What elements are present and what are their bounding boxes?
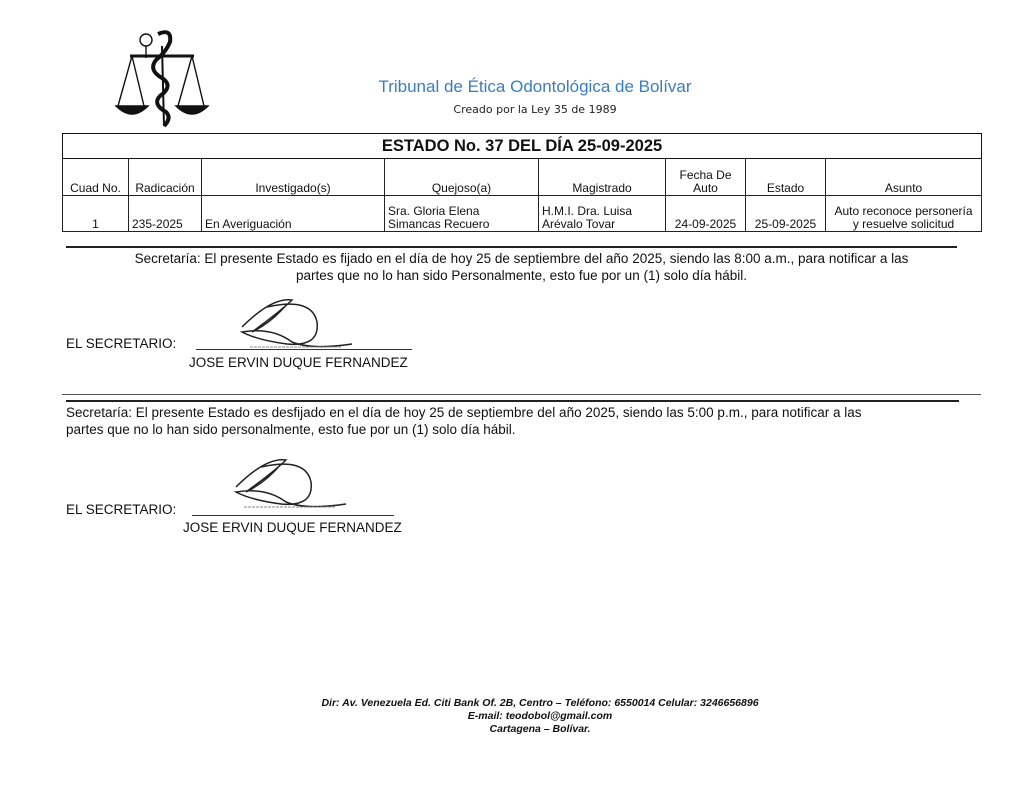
signature-line (192, 515, 394, 516)
quejoso-line1: Sra. Gloria Elena (388, 204, 479, 218)
table-row: 1 235-2025 En Averiguación Sra. Gloria E… (63, 196, 982, 232)
desfijacion-line1: Secretaría: El presente Estado es desfij… (66, 405, 862, 420)
cell-investigado: En Averiguación (202, 196, 385, 232)
footer-city: Cartagena – Bolívar. (200, 723, 880, 736)
cell-magistrado: H.M.I. Dra. LuisaArévalo Tovar (539, 196, 666, 232)
signature-icon (212, 292, 362, 357)
secretary-name: JOSE ERVIN DUQUE FERNANDEZ (189, 355, 408, 370)
magistrado-line1: H.M.I. Dra. Luisa (542, 204, 632, 218)
org-name: Tribunal de Ética Odontológica de Bolíva… (300, 77, 770, 97)
scales-caduceus-logo-icon (112, 26, 212, 130)
estado-table: ESTADO No. 37 DEL DÍA 25-09-2025 Cuad No… (62, 133, 982, 232)
magistrado-line2: Arévalo Tovar (542, 217, 615, 231)
signature-icon (206, 452, 356, 517)
cell-cuad: 1 (63, 196, 129, 232)
table-header-row: Cuad No. Radicación Investigado(s) Quejo… (63, 159, 982, 196)
col-header-fecha-line2: Auto (693, 181, 718, 195)
secretary-name: JOSE ERVIN DUQUE FERNANDEZ (183, 520, 402, 535)
desfijacion-line2: partes que no lo han sido personalmente,… (66, 422, 516, 437)
col-header-estado: Estado (746, 159, 826, 196)
fijacion-line1: Secretaría: El presente Estado es fijado… (135, 251, 909, 266)
col-header-asunto: Asunto (826, 159, 982, 196)
desfijacion-text: Secretaría: El presente Estado es desfij… (66, 404, 981, 438)
cell-quejoso: Sra. Gloria ElenaSimancas Recuero (385, 196, 539, 232)
fijacion-line2: partes que no lo han sido Personalmente,… (296, 268, 747, 283)
cell-radicacion: 235-2025 (129, 196, 202, 232)
fijacion-text: Secretaría: El presente Estado es fijado… (62, 250, 981, 284)
cell-asunto: Auto reconoce personeríay resuelve solic… (826, 196, 982, 232)
divider (66, 246, 957, 248)
col-header-fecha-line1: Fecha De (679, 168, 731, 182)
col-header-investigado: Investigado(s) (202, 159, 385, 196)
footer-address: Dir: Av. Venezuela Ed. Citi Bank Of. 2B,… (200, 697, 880, 710)
asunto-line1: Auto reconoce personería (834, 204, 972, 218)
divider (66, 400, 959, 402)
divider (62, 394, 981, 395)
signature-line (196, 349, 412, 350)
sign-label: EL SECRETARIO: (66, 502, 176, 517)
col-header-quejoso: Quejoso(a) (385, 159, 539, 196)
sign-label: EL SECRETARIO: (66, 336, 176, 351)
cell-fecha-auto: 24-09-2025 (666, 196, 746, 232)
org-subtitle: Creado por la Ley 35 de 1989 (300, 103, 770, 116)
footer: Dir: Av. Venezuela Ed. Citi Bank Of. 2B,… (200, 697, 880, 736)
col-header-cuad: Cuad No. (63, 159, 129, 196)
asunto-line2: y resuelve solicitud (853, 217, 954, 231)
quejoso-line2: Simancas Recuero (388, 217, 489, 231)
col-header-fecha-auto: Fecha DeAuto (666, 159, 746, 196)
col-header-magistrado: Magistrado (539, 159, 666, 196)
cell-estado: 25-09-2025 (746, 196, 826, 232)
footer-email: E-mail: teodobol@gmail.com (200, 710, 880, 723)
col-header-radicacion: Radicación (129, 159, 202, 196)
table-title: ESTADO No. 37 DEL DÍA 25-09-2025 (63, 134, 982, 159)
